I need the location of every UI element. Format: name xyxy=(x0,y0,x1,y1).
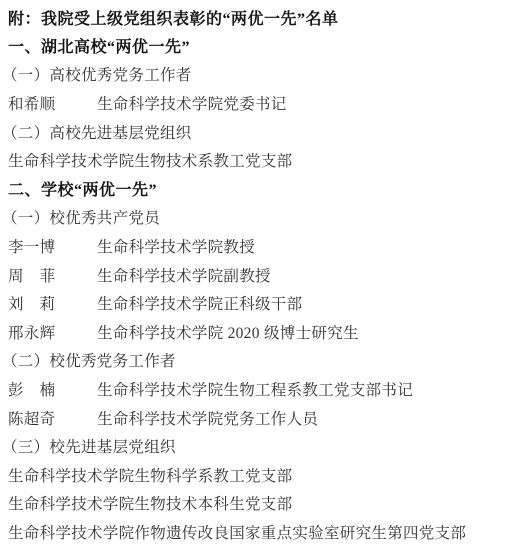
section-2-subheading-3: （三）校先进基层党组织 xyxy=(0,432,509,461)
entry-row: 陈超奇 生命科学技术学院党务工作人员 xyxy=(0,403,509,432)
entry-name: 刘 莉 xyxy=(8,292,97,314)
entry-name: 李一博 xyxy=(8,235,97,257)
entry-row: 和希顺 生命科学技术学院党委书记 xyxy=(0,89,509,118)
section-2-subheading-1: （一）校优秀共产党员 xyxy=(0,203,509,232)
entry-position: 生命科学技术学院党委书记 xyxy=(97,92,509,114)
entry-name: 邢永辉 xyxy=(8,321,97,343)
organization-row: 生命科学技术学院生物技术系教工党支部 xyxy=(0,146,509,175)
entry-row: 刘 莉 生命科学技术学院正科级干部 xyxy=(0,289,509,318)
entry-name: 彭 楠 xyxy=(8,378,97,400)
entry-row: 周 菲 生命科学技术学院副教授 xyxy=(0,260,509,289)
section-1-subheading-1: （一）高校优秀党务工作者 xyxy=(0,60,509,89)
document-title: 附：我院受上级党组织表彰的“两优一先”名单 xyxy=(0,3,509,32)
entry-position: 生命科学技术学院正科级干部 xyxy=(97,292,509,314)
entry-position: 生命科学技术学院 2020 级博士研究生 xyxy=(97,321,509,343)
entry-name: 周 菲 xyxy=(8,264,97,286)
entry-position: 生命科学技术学院党务工作人员 xyxy=(97,407,509,429)
entry-name: 和希顺 xyxy=(8,92,97,114)
section-1-heading: 一、湖北高校“两优一先” xyxy=(0,32,509,61)
organization-row: 生命科学技术学院作物遗传改良国家重点实验室研究生第四党支部 xyxy=(0,518,509,547)
entry-name: 陈超奇 xyxy=(8,407,97,429)
entry-position: 生命科学技术学院教授 xyxy=(97,235,509,257)
organization-row: 生命科学技术学院生物科学系教工党支部 xyxy=(0,461,509,490)
section-1-subheading-2: （二）高校先进基层党组织 xyxy=(0,117,509,146)
section-2-subheading-2: （二）校优秀党务工作者 xyxy=(0,346,509,375)
section-2-heading: 二、学校“两优一先” xyxy=(0,175,509,204)
entry-position: 生命科学技术学院副教授 xyxy=(97,264,509,286)
document-page: 附：我院受上级党组织表彰的“两优一先”名单 一、湖北高校“两优一先” （一）高校… xyxy=(0,0,509,558)
entry-row: 邢永辉 生命科学技术学院 2020 级博士研究生 xyxy=(0,318,509,347)
entry-position: 生命科学技术学院生物工程系教工党支部书记 xyxy=(97,378,509,400)
entry-row: 李一博 生命科学技术学院教授 xyxy=(0,232,509,261)
entry-row: 彭 楠 生命科学技术学院生物工程系教工党支部书记 xyxy=(0,375,509,404)
organization-row: 生命科学技术学院生物技术本科生党支部 xyxy=(0,489,509,518)
